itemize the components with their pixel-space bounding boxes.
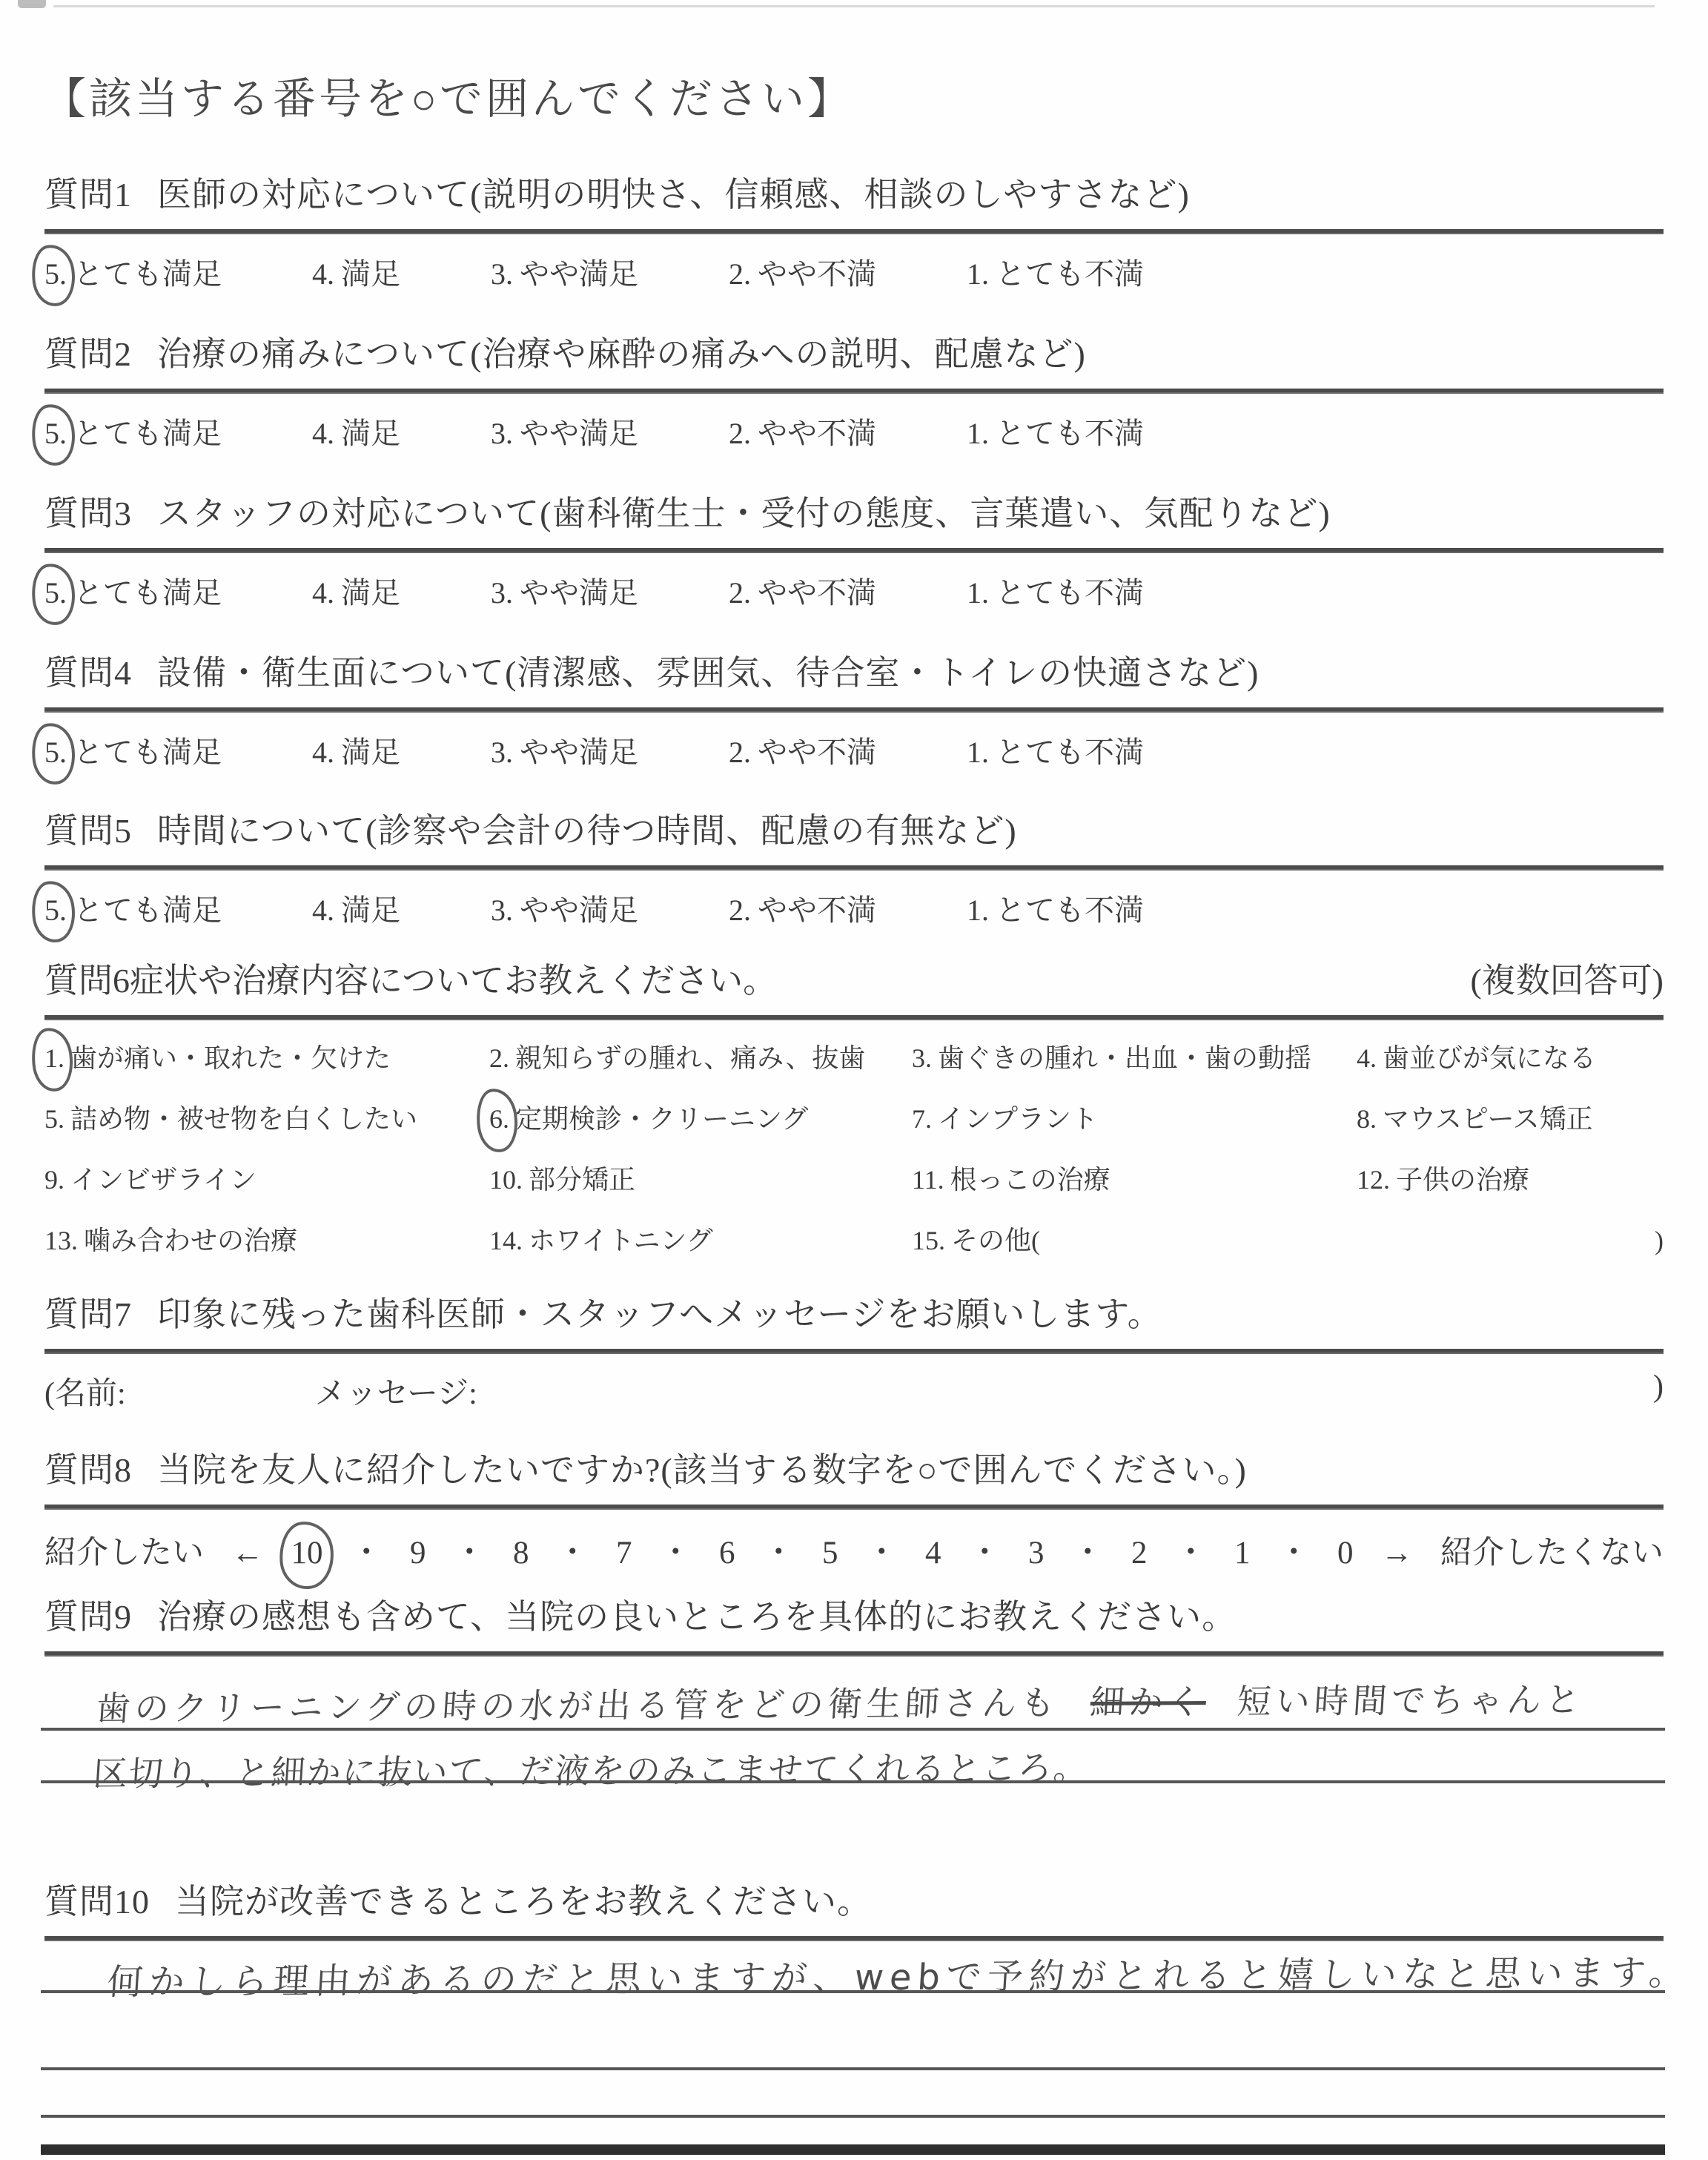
- q6-item-15-label: その他(: [951, 1222, 1040, 1259]
- q1-option-2: 2.やや不満: [729, 251, 876, 293]
- question-7-heading: 質問7印象に残った歯科医師・スタッフへメッセージをお願いします。: [44, 1292, 1664, 1338]
- q8-dot: ・: [660, 1527, 692, 1573]
- q2-option-2-number: 2.: [729, 417, 751, 450]
- q6-item-5-label: 詰め物・被せ物を白くしたい: [70, 1104, 417, 1134]
- rule-under-question-7: [44, 1349, 1664, 1354]
- q8-dot: ・: [1175, 1527, 1207, 1573]
- q6-item-2-label: 親知らずの腫れ、痛み、抜歯: [515, 1043, 865, 1073]
- q9-handwritten-answer-line-1: 歯のクリーニングの時の水が出る管をどの衛生師さんも細かく短い時間でちゃんと: [95, 1673, 1586, 1731]
- q3-option-5-number-circled: 5.: [44, 575, 67, 610]
- q3-option-1-number: 1.: [967, 576, 989, 610]
- question-8-heading: 質問8当院を友人に紹介したいですか?(該当する数字を○で囲んでください。): [44, 1447, 1664, 1493]
- q4-option-3-number: 3.: [491, 736, 513, 769]
- question-8-section: 質問8当院を友人に紹介したいですか?(該当する数字を○で囲んでください。) 紹介…: [44, 1447, 1664, 1573]
- q6-item-8: 8.マウスピース矯正: [1357, 1100, 1664, 1137]
- q6-item-12-label: 子供の治療: [1396, 1165, 1529, 1195]
- q2-option-5: 5.とても満足: [44, 410, 222, 452]
- q10-answer-rule-2: [41, 2067, 1665, 2070]
- q4-option-5-label: とても満足: [73, 736, 222, 769]
- q6-item-9-number: 9.: [44, 1165, 64, 1195]
- question-3-section: 質問3スタッフの対応について(歯科衛生士・受付の態度、言葉遣い、気配りなど) 5…: [44, 491, 1664, 612]
- question-3-number: 質問3: [44, 495, 132, 532]
- q6-item-2-number: 2.: [489, 1043, 509, 1073]
- question-1-heading: 質問1医師の対応について(説明の明快さ、信頼感、相談のしやすさなど): [44, 172, 1664, 218]
- question-2-heading: 質問2治療の痛みについて(治療や麻酔の痛みへの説明、配慮など): [44, 331, 1664, 377]
- q1-option-1: 1.とても不満: [967, 251, 1144, 293]
- question-10-section: 質問10当院が改善できるところをお教えください。: [44, 1879, 1664, 1941]
- rule-under-question-5: [44, 865, 1664, 871]
- q3-option-4-label: 満足: [341, 576, 400, 610]
- q5-option-3-label: やや満足: [520, 894, 638, 927]
- q1-option-1-label: とても不満: [996, 257, 1144, 291]
- q6-item-7-label: インプラント: [938, 1104, 1098, 1134]
- q9-answer-line1-part-a: 歯のクリーニングの時の水が出る管をどの衛生師さんも: [95, 1682, 1061, 1728]
- question-2-number: 質問2: [44, 335, 132, 373]
- q5-option-1: 1.とても不満: [967, 887, 1144, 929]
- question-7-section: 質問7印象に残った歯科医師・スタッフへメッセージをお願いします。 (名前: メッ…: [44, 1292, 1664, 1413]
- q6-item-5: 5.詰め物・被せ物を白くしたい: [44, 1100, 489, 1137]
- q6-item-3: 3.歯ぐきの腫れ・出血・歯の動揺: [912, 1040, 1357, 1077]
- q5-option-4: 4.満足: [312, 887, 400, 929]
- rule-under-question-1: [44, 229, 1664, 234]
- question-1-text: 医師の対応について(説明の明快さ、信頼感、相談のしやすさなど): [157, 176, 1190, 214]
- q6-item-11-number: 11.: [912, 1165, 944, 1195]
- q6-item-14-label: ホワイトニング: [529, 1226, 713, 1255]
- q3-option-5-label: とても満足: [73, 576, 222, 610]
- q8-number-4: 4: [925, 1535, 941, 1571]
- q5-option-5: 5.とても満足: [44, 887, 222, 929]
- q6-item-8-number: 8.: [1357, 1104, 1377, 1134]
- q6-item-7-number: 7.: [912, 1104, 932, 1134]
- q7-name-blank: [126, 1369, 315, 1413]
- question-7-number: 質問7: [44, 1295, 132, 1333]
- q6-item-12: 12.子供の治療: [1357, 1161, 1664, 1198]
- question-2-options: 5.とても満足 4.満足 3.やや満足 2.やや不満 1.とても不満: [44, 410, 1664, 452]
- rule-under-question-4: [44, 707, 1664, 713]
- q1-option-4-number: 4.: [312, 257, 334, 291]
- question-8-number: 質問8: [44, 1451, 132, 1489]
- q6-item-15-close-paren: ): [1655, 1222, 1664, 1259]
- question-9-text: 治療の感想も含めて、当院の良いところを具体的にお教えください。: [157, 1598, 1237, 1636]
- scanned-survey-page: 【該当する番号を○で囲んでください】 質問1医師の対応について(説明の明快さ、信…: [0, 0, 1708, 2160]
- q3-option-5: 5.とても満足: [44, 569, 222, 612]
- q6-item-15: 15.その他(): [912, 1222, 1664, 1259]
- question-7-text: 印象に残った歯科医師・スタッフへメッセージをお願いします。: [157, 1295, 1162, 1333]
- question-3-heading: 質問3スタッフの対応について(歯科衛生士・受付の態度、言葉遣い、気配りなど): [44, 491, 1664, 537]
- q4-option-4-label: 満足: [341, 736, 400, 769]
- q6-item-13-number: 13.: [44, 1226, 78, 1255]
- question-2-section: 質問2治療の痛みについて(治療や麻酔の痛みへの説明、配慮など) 5.とても満足 …: [44, 331, 1664, 452]
- q1-option-2-label: やや不満: [758, 257, 876, 291]
- q10-answer-rule-3: [41, 2115, 1665, 2118]
- q5-option-3: 3.やや満足: [491, 887, 638, 929]
- question-5-text: 時間について(診察や会計の待つ時間、配慮の有無など): [157, 812, 1017, 850]
- question-5-heading: 質問5時間について(診察や会計の待つ時間、配慮の有無など): [44, 808, 1664, 854]
- rule-under-question-3: [44, 548, 1664, 553]
- q1-option-3-number: 3.: [491, 257, 513, 291]
- q3-option-3-number: 3.: [491, 576, 513, 610]
- question-8-nps-row: 紹介したい ← 10 ・ 9 ・ 8 ・ 7 ・ 6 ・ 5 ・ 4 ・ 3 ・…: [44, 1527, 1664, 1573]
- q2-option-1-label: とても不満: [996, 417, 1144, 450]
- question-4-section: 質問4設備・衛生面について(清潔感、雰囲気、待合室・トイレの快適さなど) 5.と…: [44, 650, 1664, 771]
- scan-edge-line: [53, 5, 1655, 7]
- question-5-number: 質問5: [44, 812, 132, 850]
- q4-option-5: 5.とても満足: [44, 729, 222, 771]
- question-9-section: 質問9治療の感想も含めて、当院の良いところを具体的にお教えください。: [44, 1594, 1664, 1657]
- question-9-heading: 質問9治療の感想も含めて、当院の良いところを具体的にお教えください。: [44, 1594, 1664, 1640]
- rule-under-question-6: [44, 1015, 1664, 1020]
- question-4-options: 5.とても満足 4.満足 3.やや満足 2.やや不満 1.とても不満: [44, 729, 1664, 771]
- q8-number-2: 2: [1131, 1535, 1148, 1571]
- question-5-section: 質問5時間について(診察や会計の待つ時間、配慮の有無など) 5.とても満足 4.…: [44, 808, 1664, 929]
- q6-item-4-label: 歯並びが気になる: [1383, 1043, 1596, 1073]
- question-9-number: 質問9: [44, 1598, 132, 1636]
- q8-dot: ・: [1072, 1527, 1104, 1573]
- q9-answer-struck-word: 細かく: [1089, 1682, 1207, 1723]
- q9-handwritten-answer-line-2: 区切り、と細かに抜いて、だ液をのみこませてくれるところ。: [92, 1741, 1090, 1796]
- q2-option-2: 2.やや不満: [729, 410, 876, 452]
- question-6-heading-left: 質問6症状や治療内容についてお教えください。: [44, 958, 777, 1004]
- q6-item-10: 10.部分矯正: [489, 1161, 912, 1198]
- q6-item-10-number: 10.: [489, 1165, 523, 1195]
- q1-option-1-number: 1.: [967, 257, 989, 291]
- q6-item-4: 4.歯並びが気になる: [1357, 1040, 1664, 1077]
- question-6-heading: 質問6症状や治療内容についてお教えください。 (複数回答可): [44, 958, 1664, 1004]
- q3-option-3-label: やや満足: [520, 576, 638, 610]
- q8-right-arrow: →: [1381, 1535, 1413, 1571]
- question-6-options-grid: 1.歯が痛い・取れた・欠けた 2.親知らずの腫れ、痛み、抜歯 3.歯ぐきの腫れ・…: [44, 1040, 1664, 1259]
- q10-answer-rule-1: [41, 1990, 1665, 1993]
- q8-dot: ・: [351, 1527, 383, 1573]
- question-7-answer-row: (名前: メッセージ: ): [44, 1369, 1664, 1413]
- q8-dot: ・: [763, 1527, 795, 1573]
- question-1-section: 質問1医師の対応について(説明の明快さ、信頼感、相談のしやすさなど) 5.とても…: [44, 172, 1664, 293]
- question-6-number: 質問6: [44, 962, 130, 1000]
- q6-item-9-label: インビザライン: [70, 1165, 256, 1195]
- q3-option-2-number: 2.: [729, 576, 751, 610]
- q6-item-13: 13.噛み合わせの治療: [44, 1222, 489, 1259]
- q2-option-3-number: 3.: [491, 417, 513, 450]
- q5-option-1-label: とても不満: [996, 894, 1144, 927]
- q5-option-1-number: 1.: [967, 894, 989, 927]
- q8-right-label: 紹介したくない: [1440, 1527, 1664, 1573]
- q3-option-4: 4.満足: [312, 569, 400, 612]
- q2-option-1: 1.とても不満: [967, 410, 1144, 452]
- rule-under-question-2: [44, 389, 1664, 394]
- q4-option-3: 3.やや満足: [491, 729, 638, 771]
- q8-dot: ・: [1278, 1527, 1310, 1573]
- q3-option-1-label: とても不満: [996, 576, 1144, 610]
- q8-left-arrow: ←: [231, 1535, 263, 1571]
- question-8-text: 当院を友人に紹介したいですか?(該当する数字を○で囲んでください。): [157, 1451, 1247, 1489]
- question-1-number: 質問1: [44, 176, 132, 214]
- question-3-text: スタッフの対応について(歯科衛生士・受付の態度、言葉遣い、気配りなど): [157, 495, 1331, 532]
- q2-option-4-label: 満足: [341, 417, 400, 450]
- q6-item-3-number: 3.: [912, 1043, 932, 1073]
- question-3-options: 5.とても満足 4.満足 3.やや満足 2.やや不満 1.とても不満: [44, 569, 1664, 612]
- q6-item-11: 11.根っこの治療: [912, 1161, 1357, 1198]
- q8-dot: ・: [557, 1527, 589, 1573]
- rule-under-question-10: [44, 1936, 1664, 1941]
- q2-option-4: 4.満足: [312, 410, 400, 452]
- q3-option-4-number: 4.: [312, 576, 334, 610]
- q5-option-5-number-circled: 5.: [44, 893, 67, 928]
- question-6-section: 質問6症状や治療内容についてお教えください。 (複数回答可) 1.歯が痛い・取れ…: [44, 958, 1664, 1259]
- q7-message-label: メッセージ:: [315, 1369, 477, 1413]
- question-10-number: 質問10: [44, 1883, 150, 1920]
- q6-item-3-label: 歯ぐきの腫れ・出血・歯の動揺: [938, 1043, 1311, 1073]
- q4-option-1-label: とても不満: [996, 736, 1144, 769]
- q6-item-5-number: 5.: [44, 1104, 64, 1134]
- q3-option-3: 3.やや満足: [491, 569, 638, 612]
- question-5-options: 5.とても満足 4.満足 3.やや満足 2.やや不満 1.とても不満: [44, 887, 1664, 929]
- q2-option-5-label: とても満足: [73, 417, 222, 450]
- q1-option-3-label: やや満足: [520, 257, 638, 291]
- scan-corner-mark: [18, 0, 46, 8]
- q8-left-label: 紹介したい: [44, 1527, 204, 1573]
- q6-item-12-number: 12.: [1357, 1165, 1390, 1195]
- q1-option-4-label: 満足: [341, 257, 400, 291]
- q4-option-3-label: やや満足: [520, 736, 638, 769]
- q6-item-2: 2.親知らずの腫れ、痛み、抜歯: [489, 1040, 912, 1077]
- q3-option-2: 2.やや不満: [729, 569, 876, 612]
- q8-number-8: 8: [513, 1535, 529, 1571]
- q4-option-2: 2.やや不満: [729, 729, 876, 771]
- q6-item-14: 14.ホワイトニング: [489, 1222, 912, 1259]
- q6-item-6-label: 定期検診・クリーニング: [515, 1104, 808, 1134]
- rule-under-question-8: [44, 1505, 1664, 1510]
- q4-option-4: 4.満足: [312, 729, 400, 771]
- q2-option-3: 3.やや満足: [491, 410, 638, 452]
- q10-handwritten-answer: 何かしら理由があるのだと思いますが、webで予約がとれると嬉しいなと思います。: [106, 1943, 1692, 2004]
- q5-option-2-number: 2.: [729, 894, 751, 927]
- bottom-thick-rule: [41, 2144, 1665, 2155]
- question-10-heading: 質問10当院が改善できるところをお教えください。: [44, 1879, 1664, 1925]
- q8-number-7: 7: [616, 1535, 632, 1571]
- q9-answer-rule-1: [41, 1728, 1665, 1731]
- q6-item-14-number: 14.: [489, 1226, 523, 1255]
- q7-close-paren: ): [1653, 1369, 1664, 1413]
- q6-item-8-label: マウスピース矯正: [1383, 1104, 1593, 1134]
- question-4-heading: 質問4設備・衛生面について(清潔感、雰囲気、待合室・トイレの快適さなど): [44, 650, 1664, 696]
- q6-item-9: 9.インビザライン: [44, 1161, 489, 1198]
- q3-option-2-label: やや不満: [758, 576, 876, 610]
- q3-option-1: 1.とても不満: [967, 569, 1144, 612]
- q1-option-5-label: とても満足: [73, 257, 222, 291]
- rule-under-question-9: [44, 1651, 1664, 1657]
- q5-option-2-label: やや不満: [758, 894, 876, 927]
- q8-number-1: 1: [1234, 1535, 1251, 1571]
- q6-item-1-label: 歯が痛い・取れた・欠けた: [70, 1043, 391, 1073]
- q7-name-label: (名前:: [44, 1369, 126, 1413]
- q6-item-4-number: 4.: [1357, 1043, 1377, 1073]
- question-6-multi-answer-note: (複数回答可): [1470, 958, 1664, 1004]
- q6-item-13-label: 噛み合わせの治療: [84, 1226, 297, 1255]
- q1-option-3: 3.やや満足: [491, 251, 638, 293]
- q2-option-4-number: 4.: [312, 417, 334, 450]
- q8-dot: ・: [866, 1527, 898, 1573]
- q8-number-3: 3: [1028, 1535, 1045, 1571]
- q4-option-5-number-circled: 5.: [44, 735, 67, 770]
- question-1-options: 5.とても満足 4.満足 3.やや満足 2.やや不満 1.とても不満: [44, 251, 1664, 293]
- q4-option-1: 1.とても不満: [967, 729, 1144, 771]
- q1-option-4: 4.満足: [312, 251, 400, 293]
- q6-item-7: 7.インプラント: [912, 1100, 1357, 1137]
- q4-option-2-label: やや不満: [758, 736, 876, 769]
- q5-option-2: 2.やや不満: [729, 887, 876, 929]
- page-title: 【該当する番号を○で囲んでください】: [43, 64, 853, 126]
- question-6-text: 症状や治療内容についてお教えください。: [130, 962, 777, 1000]
- q2-option-3-label: やや満足: [520, 417, 638, 450]
- q8-number-6: 6: [719, 1535, 735, 1571]
- question-4-number: 質問4: [44, 654, 132, 692]
- q2-option-5-number-circled: 5.: [44, 416, 67, 451]
- q4-option-4-number: 4.: [312, 736, 334, 769]
- q7-message-blank: [477, 1369, 1653, 1413]
- q1-option-2-number: 2.: [729, 257, 751, 291]
- q8-number-9: 9: [410, 1535, 426, 1571]
- q5-option-4-number: 4.: [312, 894, 334, 927]
- q8-dot: ・: [454, 1527, 486, 1573]
- q8-number-0: 0: [1337, 1535, 1354, 1571]
- q1-option-5-number-circled: 5.: [44, 257, 67, 291]
- q6-item-1-number-circled: 1.: [44, 1040, 64, 1077]
- q1-option-5: 5.とても満足: [44, 251, 222, 293]
- q5-option-3-number: 3.: [491, 894, 513, 927]
- q6-item-6-number-circled: 6.: [489, 1100, 509, 1137]
- q6-item-15-blank: [1040, 1222, 1655, 1259]
- question-4-text: 設備・衛生面について(清潔感、雰囲気、待合室・トイレの快適さなど): [157, 654, 1259, 692]
- q6-item-1: 1.歯が痛い・取れた・欠けた: [44, 1040, 489, 1077]
- q4-option-2-number: 2.: [729, 736, 751, 769]
- q8-dot: ・: [969, 1527, 1001, 1573]
- q6-item-15-number: 15.: [912, 1222, 945, 1259]
- q9-answer-rule-2: [41, 1780, 1665, 1783]
- q9-answer-line1-part-b: 短い時間でちゃんと: [1236, 1680, 1585, 1722]
- question-10-text: 当院が改善できるところをお教えください。: [175, 1883, 872, 1920]
- q8-number-5: 5: [822, 1535, 838, 1571]
- q5-option-5-label: とても満足: [73, 894, 222, 927]
- q4-option-1-number: 1.: [967, 736, 989, 769]
- q6-item-10-label: 部分矯正: [529, 1165, 635, 1195]
- q8-number-10-circled: 10: [291, 1535, 323, 1571]
- q6-item-6: 6.定期検診・クリーニング: [489, 1100, 912, 1137]
- q2-option-2-label: やや不満: [758, 417, 876, 450]
- question-2-text: 治療の痛みについて(治療や麻酔の痛みへの説明、配慮など): [157, 335, 1086, 373]
- q2-option-1-number: 1.: [967, 417, 989, 450]
- q5-option-4-label: 満足: [341, 894, 400, 927]
- q6-item-11-label: 根っこの治療: [950, 1165, 1110, 1195]
